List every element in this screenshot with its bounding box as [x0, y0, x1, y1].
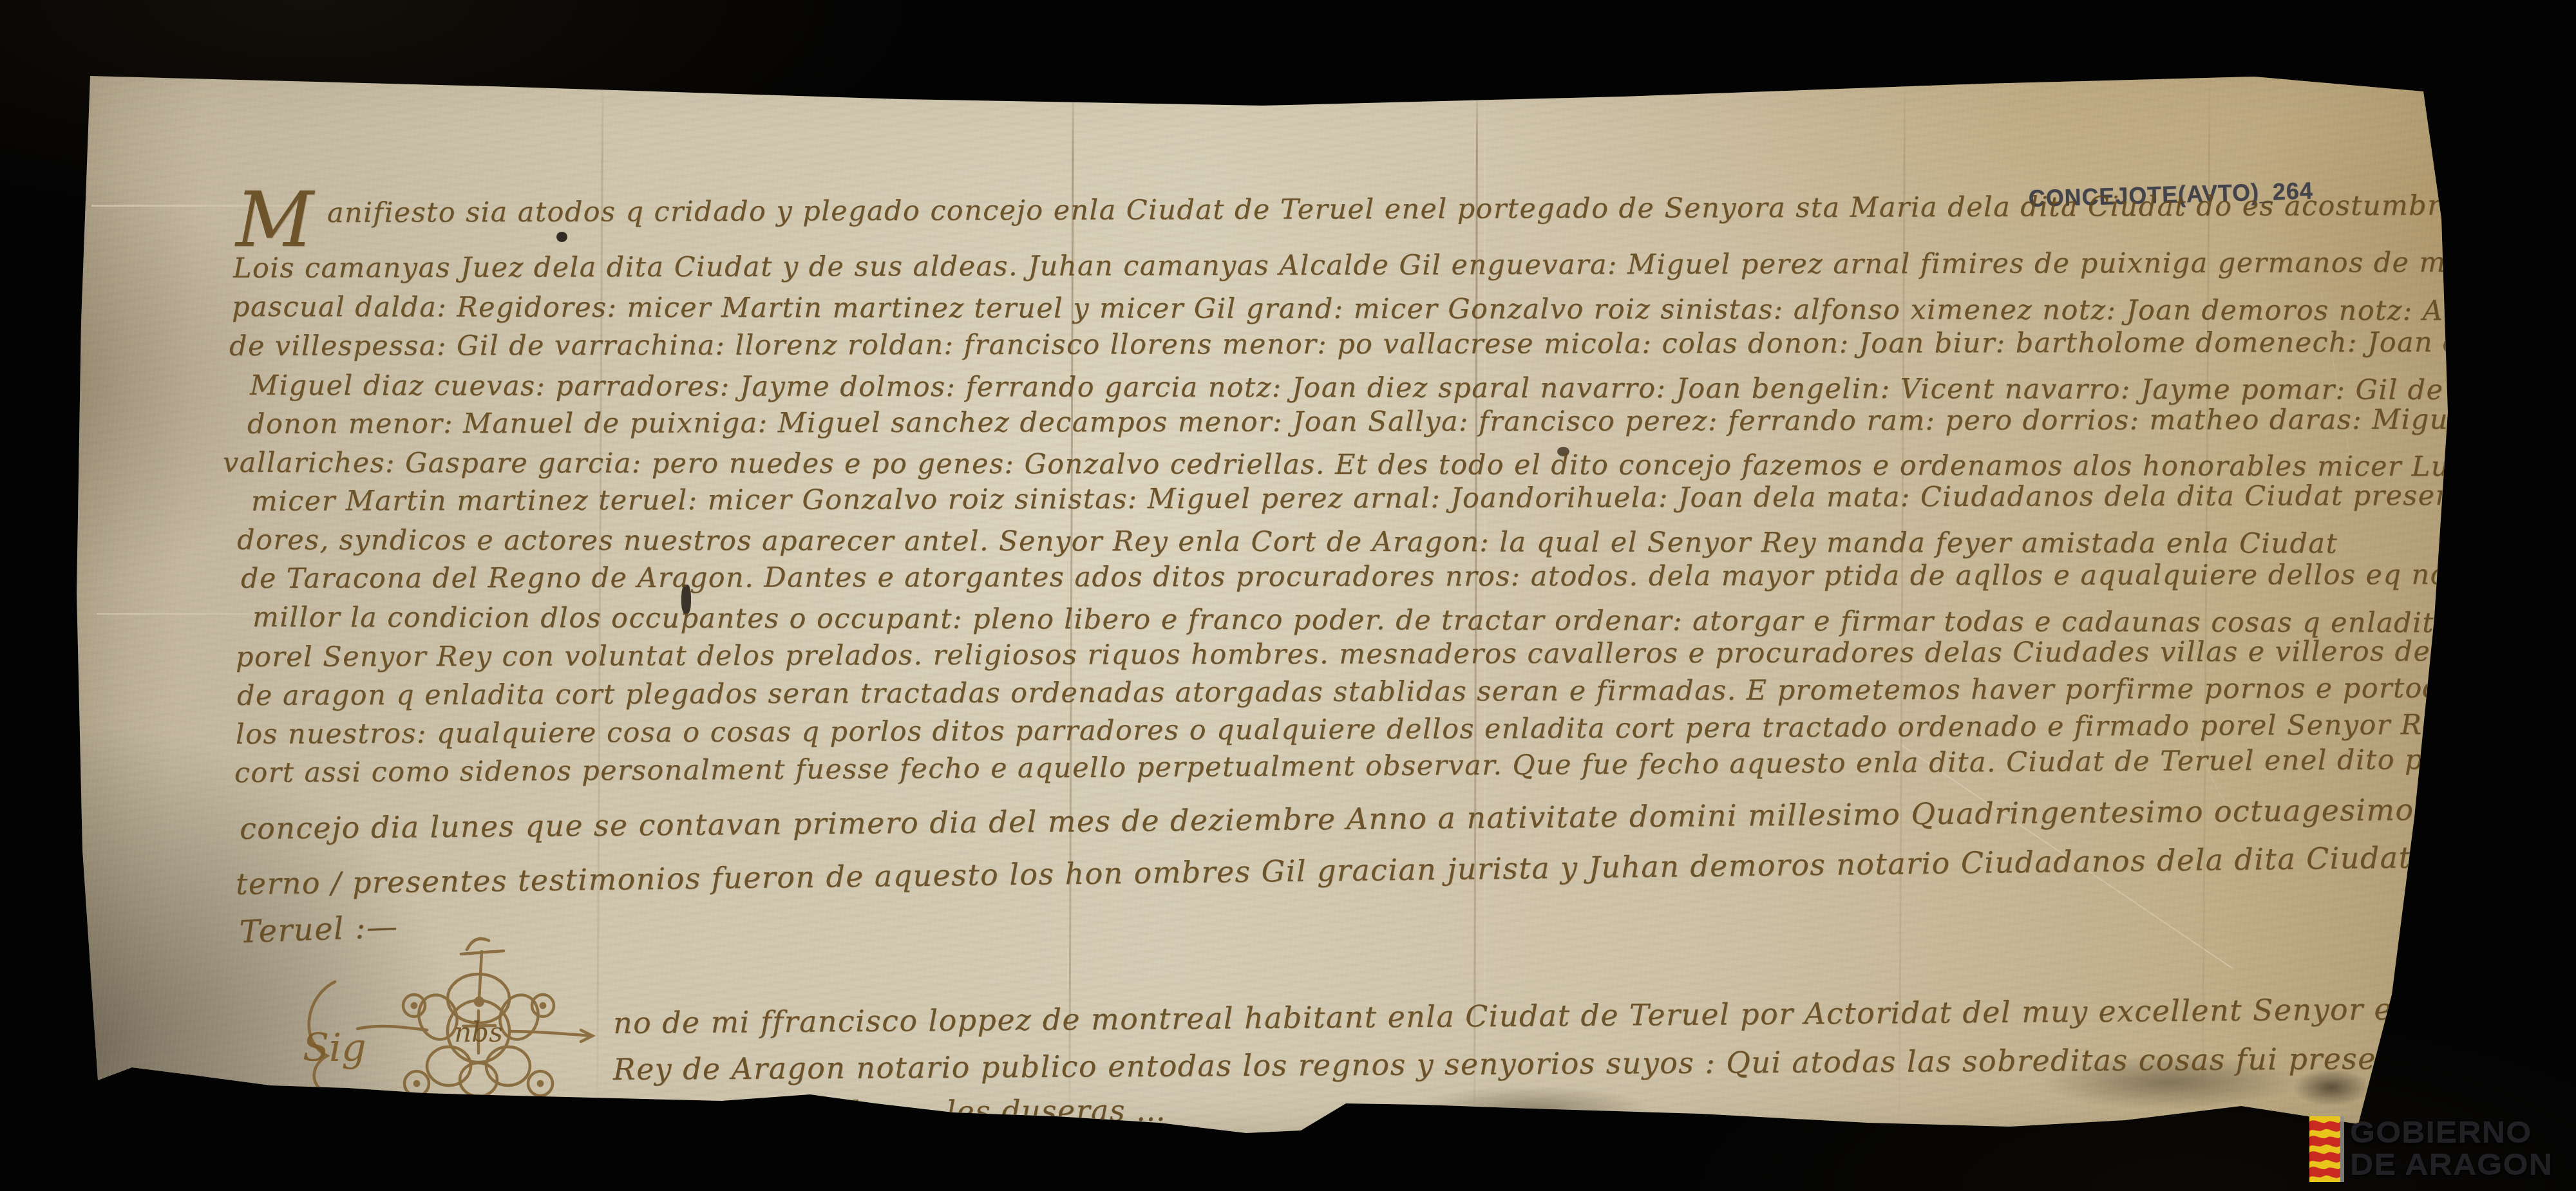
notary-line-partial: las … les duseras …: [850, 1093, 1167, 1129]
parchment-document: CONCEJOTE(AVTO)_264 M anifiesto sia atod…: [0, 0, 2576, 1191]
notary-signum-icon: Sig nbs: [290, 921, 650, 1133]
manuscript-line: de Taracona del Regno de Aragon. Dantes …: [241, 559, 2500, 595]
manuscript-line: vallariches: Gaspare garcia: pero nuedes…: [223, 447, 2576, 483]
manuscript-line: millor la condicion dlos occupantes o oc…: [252, 601, 2522, 639]
drop-cap-initial: M: [236, 175, 314, 264]
photo-stage: CONCEJOTE(AVTO)_264 M anifiesto sia atod…: [0, 0, 2576, 1191]
manuscript-line: porel Senyor Rey con voluntat delos prel…: [236, 635, 2537, 673]
manuscript-line: Miguel diaz cuevas: parradores: Jayme do…: [250, 370, 2576, 407]
gobierno-de-aragon-logo: GOBIERNO DE ARAGON: [2309, 1116, 2540, 1182]
rosette-monogram: nbs: [454, 1017, 503, 1048]
logo-text-line1: GOBIERNO: [2350, 1116, 2553, 1149]
manuscript-line: Lois camanyas Juez dela dita Ciudat y de…: [233, 247, 2557, 285]
sig-label: Sig: [303, 1026, 366, 1071]
manuscript-line: micer Martin martinez teruel: micer Gonz…: [251, 479, 2576, 518]
manuscript-line: dores, syndicos e actores nuestros apare…: [237, 524, 2338, 560]
manuscript-line: donon menor: Manuel de puixniga: Miguel …: [247, 403, 2576, 440]
aragon-flag-icon: [2309, 1116, 2344, 1182]
manuscript-line: pascual dalda: Regidores: micer Martin m…: [232, 291, 2576, 328]
logo-text-line2: DE ARAGON: [2350, 1149, 2553, 1181]
manuscript-line: de villespessa: Gil de varrachina: llore…: [229, 326, 2576, 362]
